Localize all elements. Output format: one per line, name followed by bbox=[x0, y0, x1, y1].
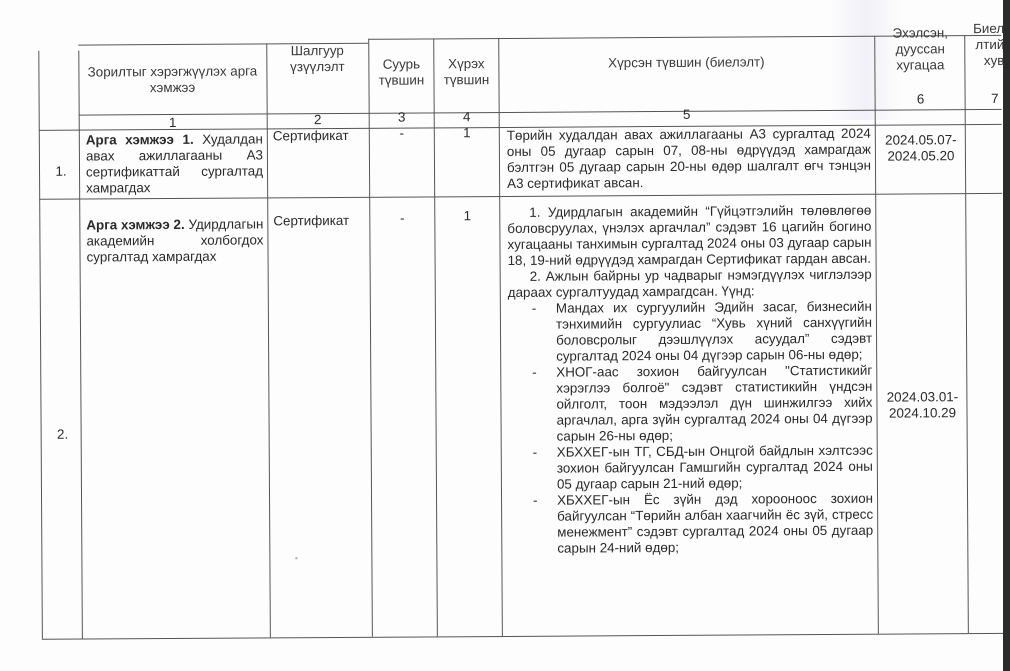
row2-period-start: 2024.03.01- bbox=[879, 389, 965, 406]
header-number-3: 3 bbox=[372, 109, 432, 125]
row2-measure: Арга хэмжээ 2. Удирдлагын академийн холб… bbox=[86, 216, 263, 265]
scan-edge bbox=[1003, 0, 1010, 671]
row1-measure-title: Арга хэмжээ 1. bbox=[86, 132, 194, 148]
row2-index: 2. bbox=[45, 427, 81, 443]
row2-result-paragraph-1: 1. Удирдлагын академийн “Гүйцэтгэлийн тө… bbox=[507, 203, 871, 269]
header-period: Эхэлсэн, дууссан хугацаа bbox=[877, 25, 963, 74]
row2-result: 1. Удирдлагын академийн “Гүйцэтгэлийн тө… bbox=[507, 203, 873, 557]
header-measure: Зорилтыг хэрэгжүүлэх арга хэмжээ bbox=[82, 63, 262, 96]
row1-criterion: Сертификат bbox=[273, 128, 367, 145]
row1-period-start: 2024.05.07- bbox=[878, 132, 964, 149]
header-criterion: Шалгуур үзүүлэлт bbox=[270, 43, 364, 76]
row1-period: 2024.05.07- 2024.05.20 bbox=[878, 132, 964, 165]
scanned-page: Зорилтыг хэрэгжүүлэх арга хэмжээ Шалгуур… bbox=[0, 0, 1003, 671]
row2-result-paragraph-2: 2. Ажлын байрны ур чадварыг нэмэгдүүлэх … bbox=[508, 267, 872, 301]
row1-result: Төрийн худалдан авах ажиллагааны А3 сург… bbox=[507, 126, 871, 192]
row2-training-list: Мандах их сургуулийн Эдийн засаг, бизнес… bbox=[508, 299, 874, 557]
row1-measure: Арга хэмжээ 1. Худалдан авах ажиллагааны… bbox=[86, 131, 263, 196]
header-percent: Биел лтий хув bbox=[968, 21, 1004, 69]
training-item: ХБХХЕГ-ын Ёс зүйн дэд хорооноос зохион б… bbox=[509, 491, 873, 557]
header-number-4: 4 bbox=[437, 109, 497, 125]
row2-target: 1 bbox=[437, 208, 497, 224]
header-number-7: 7 bbox=[969, 91, 999, 107]
table-bottom-border bbox=[42, 633, 1005, 640]
header-number-1: 1 bbox=[83, 114, 263, 131]
report-table: Зорилтыг хэрэгжүүлэх арга хэмжээ Шалгуур… bbox=[0, 0, 1005, 671]
row1-baseline: - bbox=[372, 125, 432, 141]
training-item: ХНОГ-аас зохион байгуулсан "Статистикийг… bbox=[508, 363, 872, 445]
scan-speck bbox=[295, 557, 297, 559]
row2-baseline: - bbox=[372, 210, 432, 226]
col-border-1 bbox=[78, 51, 83, 639]
training-item: Мандах их сургуулийн Эдийн засаг, бизнес… bbox=[508, 299, 872, 365]
training-item: ХБХХЕГ-ын ТГ, СБД-ын Онцгой байдлын хэлт… bbox=[509, 443, 873, 493]
row2-measure-title: Арга хэмжээ 2. bbox=[86, 217, 184, 233]
col-border-0 bbox=[38, 51, 43, 639]
row1-target: 1 bbox=[437, 125, 497, 141]
header-number-6: 6 bbox=[878, 91, 964, 108]
row2-criterion: Сертификат bbox=[273, 213, 367, 230]
row2-period-end: 2024.10.29 bbox=[879, 405, 965, 422]
header-result: Хүрсэн түвшин (биелэлт) bbox=[502, 54, 870, 72]
header-number-2: 2 bbox=[271, 112, 365, 129]
row1-period-end: 2024.05.20 bbox=[878, 148, 964, 165]
col-border-2 bbox=[266, 43, 271, 637]
header-baseline: Суурь түвшин bbox=[371, 56, 431, 88]
row2-period: 2024.03.01- 2024.10.29 bbox=[879, 389, 965, 422]
header-target: Хүрэх түвшин bbox=[436, 56, 496, 88]
row1-result-text: Төрийн худалдан авах ажиллагааны А3 сург… bbox=[507, 126, 871, 192]
row1-index: 1. bbox=[43, 164, 79, 180]
header-number-5: 5 bbox=[503, 106, 871, 124]
